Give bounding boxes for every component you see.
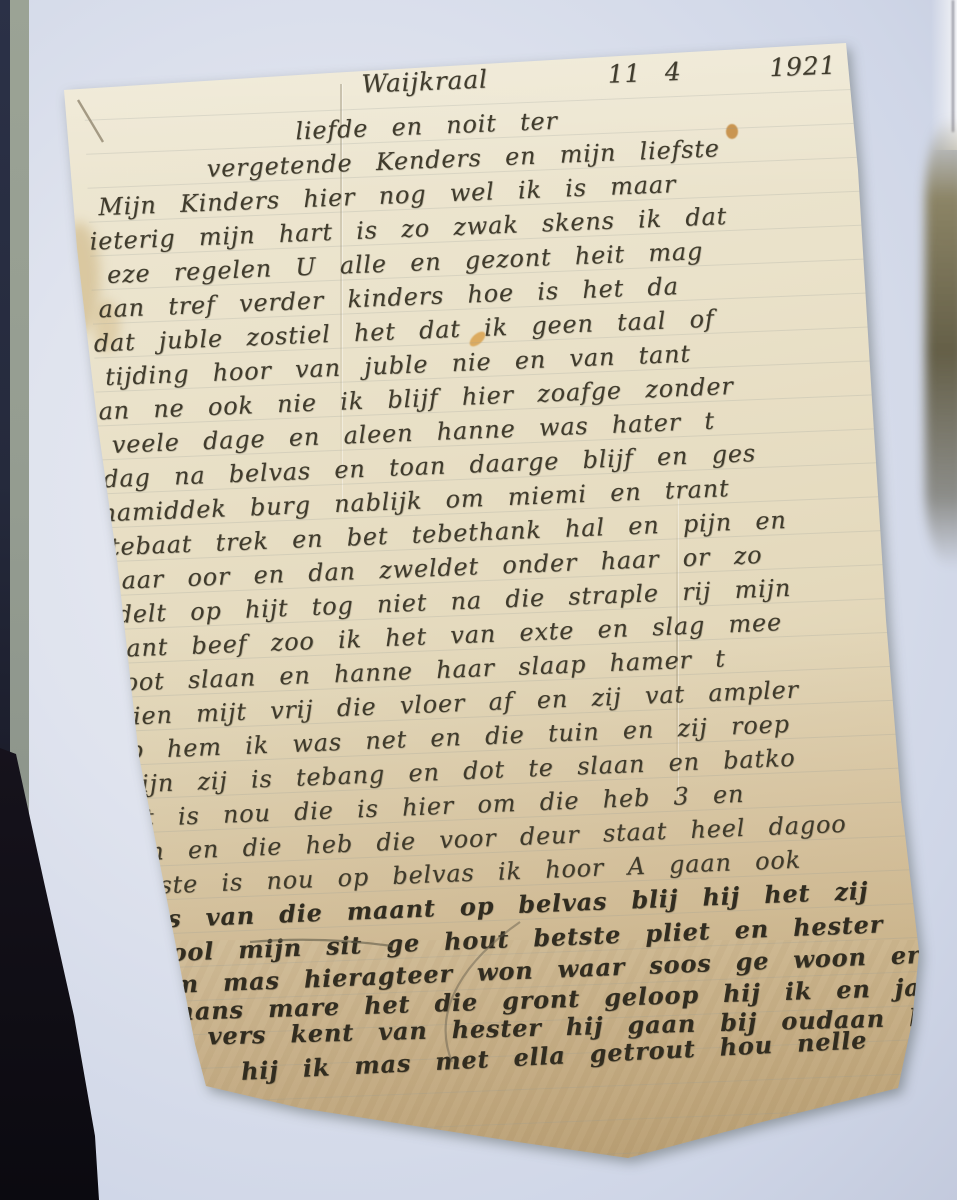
paper-shadow-wrapper: Waijkraal 11 4 1921 liefde en noit ter v… [0,0,957,1200]
stain [46,596,78,680]
letter-photograph: Waijkraal 11 4 1921 liefde en noit ter v… [0,0,957,1200]
handwriting-block: Waijkraal 11 4 1921 liefde en noit ter v… [83,48,937,1190]
letter-paper: Waijkraal 11 4 1921 liefde en noit ter v… [0,0,957,1200]
